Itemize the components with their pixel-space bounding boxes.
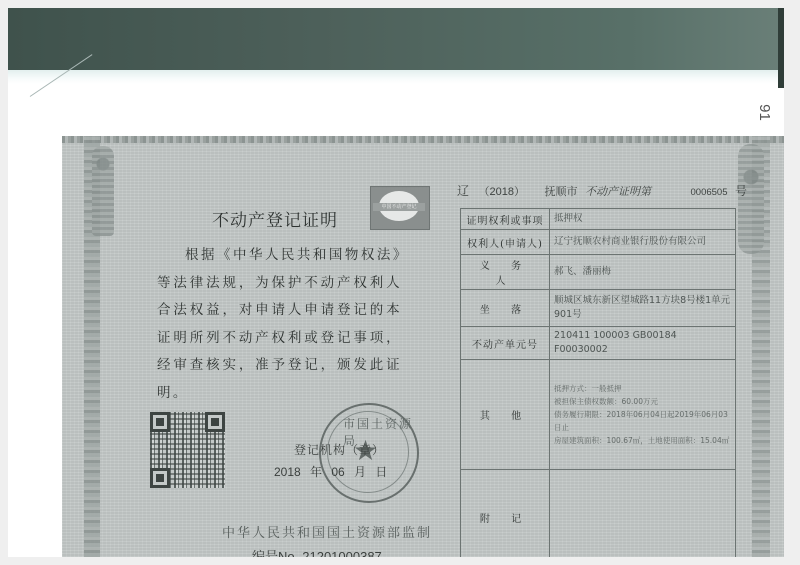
table-row: 坐 落 顺城区城东新区望城路11方块8号楼1单元901号 [461, 290, 736, 327]
page-number: 91 [756, 104, 773, 121]
supervising-organization: 中华人民共和国国土资源部监制 [222, 522, 432, 541]
scanned-page: 91 不动产登记证明 中国不动产登记 根据《中华人民共和国物权法》等法律法规，为… [8, 8, 784, 557]
cert-city: 抚顺市 [545, 183, 578, 199]
border-ornament-icon [738, 144, 764, 254]
certificate-body-text: 根据《中华人民共和国物权法》等法律法规，为保护不动产权利人合法权益，对申请人申请… [157, 242, 402, 407]
ornamental-border-top [62, 136, 784, 143]
table-row: 权利人(申请人) 辽宁抚顺农村商业银行股份有限公司 [461, 230, 736, 255]
cert-year: （2018） [479, 183, 525, 199]
row-value [550, 470, 736, 558]
table-row: 不动产单元号 210411 100003 GB00184 F00030002 [461, 327, 736, 360]
book-cover [8, 8, 784, 70]
row-label: 附 记 [461, 470, 550, 558]
table-row: 附 记 [461, 470, 736, 558]
row-label: 证明权利或事项 [461, 209, 550, 230]
row-label: 坐 落 [461, 290, 550, 327]
row-value-other: 抵押方式：一般抵押 被担保主债权数额：60.00万元 债务履行期限：2018年0… [550, 360, 736, 470]
qr-code-icon [150, 412, 225, 488]
certificate-title: 不动产登记证明 [212, 206, 338, 231]
serial-value: 21201000387 [302, 549, 382, 557]
cover-shadow [778, 8, 784, 88]
province-abbr: 辽 [457, 182, 469, 199]
cert-type: 不动产证明第 [585, 183, 651, 199]
other-line: 房屋建筑面积：100.67㎡，土地使用面积：15.04㎡ [554, 434, 731, 447]
row-label: 义 务 人 [461, 255, 550, 290]
row-label: 其 他 [461, 360, 550, 470]
row-label: 不动产单元号 [461, 327, 550, 360]
cert-number: 0006505 [691, 187, 728, 198]
emblem-text: 中国不动产登记 [373, 203, 425, 211]
qr-finder-icon [150, 412, 170, 432]
other-line: 债务履行期限：2018年06月04日起2019年06月03日止 [554, 408, 731, 434]
cover-edge [8, 70, 784, 84]
real-estate-certificate: 不动产登记证明 中国不动产登记 根据《中华人民共和国物权法》等法律法规，为保护不… [62, 136, 784, 557]
row-label: 权利人(申请人) [461, 230, 550, 255]
table-row: 证明权利或事项 抵押权 [461, 209, 736, 230]
row-value: 顺城区城东新区望城路11方块8号楼1单元901号 [550, 290, 736, 327]
issue-date: 2018 年 06 月 日 [274, 463, 387, 480]
row-value: 郝飞、潘丽梅 [550, 255, 736, 290]
row-value: 210411 100003 GB00184 F00030002 [550, 327, 736, 360]
registration-emblem-icon: 中国不动产登记 [370, 186, 430, 230]
certificate-number-line: 辽 （2018） 抚顺市 不动产证明第 0006505 号 [457, 182, 747, 199]
cert-number-suffix: 号 [735, 182, 747, 199]
qr-finder-icon [150, 468, 170, 488]
issuing-authority: 登记机构（章） [294, 441, 385, 458]
table-row: 义 务 人 郝飞、潘丽梅 [461, 255, 736, 290]
border-ornament-icon [92, 146, 114, 236]
serial-label: 编号No [252, 549, 295, 557]
serial-number: 编号No 21201000387 [252, 546, 382, 557]
row-value: 抵押权 [550, 209, 736, 230]
registration-table: 证明权利或事项 抵押权 权利人(申请人) 辽宁抚顺农村商业银行股份有限公司 义 … [460, 208, 736, 557]
other-line: 抵押方式：一般抵押 [554, 382, 731, 395]
qr-finder-icon [205, 412, 225, 432]
table-row: 其 他 抵押方式：一般抵押 被担保主债权数额：60.00万元 债务履行期限：20… [461, 360, 736, 470]
other-line: 被担保主债权数额：60.00万元 [554, 395, 731, 408]
row-value: 辽宁抚顺农村商业银行股份有限公司 [550, 230, 736, 255]
